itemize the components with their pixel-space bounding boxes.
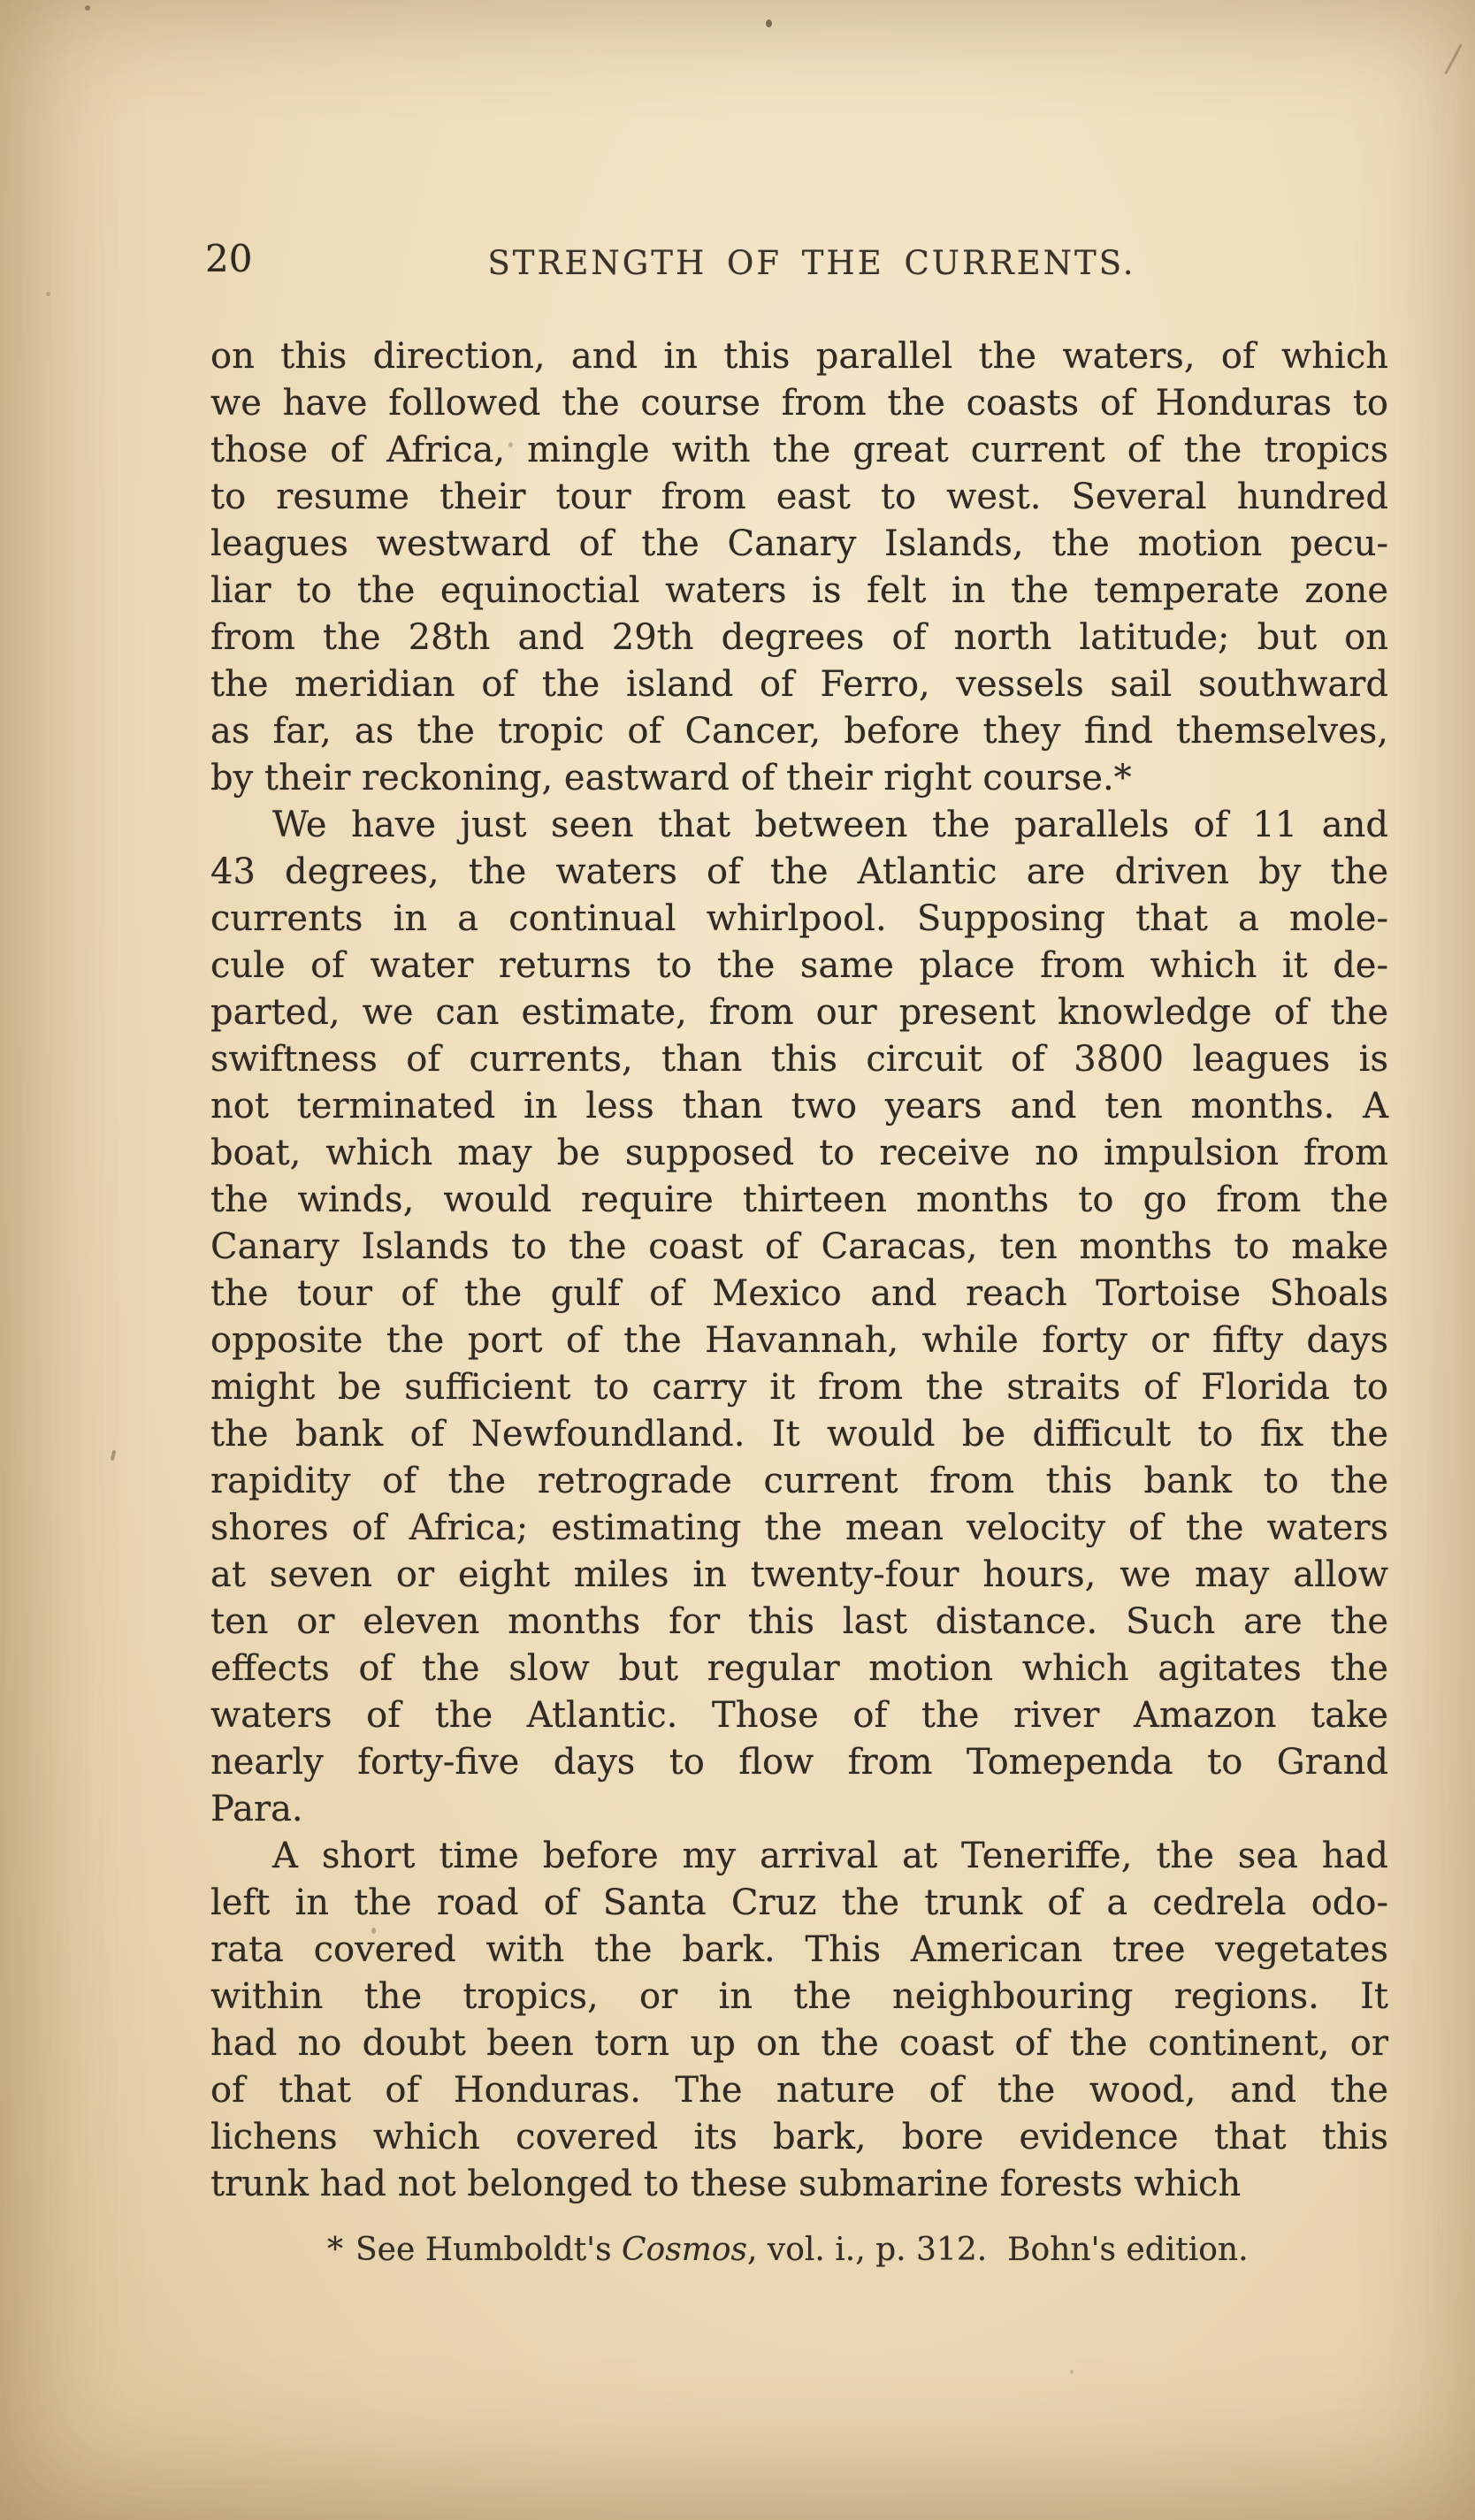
text-line: boat, which may be supposed to receive n… xyxy=(210,1130,1388,1177)
text-line: had no doubt been torn up on the coast o… xyxy=(210,2020,1388,2067)
footnote: *See Humboldt's Cosmos, vol. i., p. 312.… xyxy=(327,2230,1406,2271)
text-line: as far, as the tropic of Cancer, before … xyxy=(210,708,1388,755)
footnote-text-pre: See Humboldt's xyxy=(355,2232,622,2268)
book-page: 20 STRENGTH OF THE CURRENTS. on this dir… xyxy=(0,0,1475,2520)
body-text: on this direction, and in this parallel … xyxy=(210,333,1388,2208)
text-line: of that of Honduras. The nature of the w… xyxy=(210,2067,1388,2114)
text-line: waters of the Atlantic. Those of the riv… xyxy=(210,1692,1388,1739)
paper-speck xyxy=(766,19,772,27)
text-line: A short time before my arrival at Teneri… xyxy=(210,1833,1388,1880)
text-line: not terminated in less than two years an… xyxy=(210,1083,1388,1130)
text-line: might be sufficient to carry it from the… xyxy=(210,1364,1388,1411)
text-line: the winds, would require thirteen months… xyxy=(210,1177,1388,1224)
text-line: shores of Africa; estimating the mean ve… xyxy=(210,1505,1388,1552)
text-line: swiftness of currents, than this circuit… xyxy=(210,1036,1388,1083)
paper-speck xyxy=(85,5,90,11)
text-line: on this direction, and in this parallel … xyxy=(210,333,1388,380)
text-line: the tour of the gulf of Mexico and reach… xyxy=(210,1271,1388,1317)
paper-speck xyxy=(1070,2370,1074,2374)
text-line: nearly forty-five days to flow from Tome… xyxy=(210,1739,1388,1786)
text-line: cule of water returns to the same place … xyxy=(210,943,1388,989)
text-line: to resume their tour from east to west. … xyxy=(210,474,1388,521)
text-line: within the tropics, or in the neighbouri… xyxy=(210,1974,1388,2020)
paper-speck xyxy=(46,292,50,296)
footnote-text-post: , vol. i., p. 312. Bohn's edition. xyxy=(747,2232,1249,2268)
text-line: trunk had not belonged to these submarin… xyxy=(210,2161,1388,2208)
text-line: lichens which covered its bark, bore evi… xyxy=(210,2114,1388,2161)
running-title: STRENGTH OF THE CURRENTS. xyxy=(210,241,1413,286)
text-line: at seven or eight miles in twenty-four h… xyxy=(210,1552,1388,1599)
text-line: opposite the port of the Havannah, while… xyxy=(210,1317,1388,1364)
footnote-italic-title: Cosmos xyxy=(622,2232,747,2268)
text-line: the meridian of the island of Ferro, ves… xyxy=(210,661,1388,708)
text-line: left in the road of Santa Cruz the trunk… xyxy=(210,1880,1388,1927)
text-line: Canary Islands to the coast of Caracas, … xyxy=(210,1224,1388,1271)
paper-speck xyxy=(111,1450,116,1462)
text-line: ten or eleven months for this last dista… xyxy=(210,1599,1388,1646)
text-line: we have followed the course from the coa… xyxy=(210,380,1388,427)
paper-speck xyxy=(1444,44,1462,75)
text-line: rata covered with the bark. This America… xyxy=(210,1927,1388,1974)
text-line: leagues westward of the Canary Islands, … xyxy=(210,521,1388,568)
text-line: parted, we can estimate, from our presen… xyxy=(210,989,1388,1036)
text-line: liar to the equinoctial waters is felt i… xyxy=(210,568,1388,615)
text-line: the bank of Newfoundland. It would be di… xyxy=(210,1411,1388,1458)
text-line: from the 28th and 29th degrees of north … xyxy=(210,615,1388,661)
text-line: those of Africa, mingle with the great c… xyxy=(210,427,1388,474)
text-line: effects of the slow but regular motion w… xyxy=(210,1646,1388,1692)
footnote-marker: * xyxy=(327,2232,343,2268)
text-line: rapidity of the retrograde current from … xyxy=(210,1458,1388,1505)
text-line: We have just seen that between the paral… xyxy=(210,802,1388,849)
text-line: 43 degrees, the waters of the Atlantic a… xyxy=(210,849,1388,896)
text-line: by their reckoning, eastward of their ri… xyxy=(210,755,1388,802)
text-line: Para. xyxy=(210,1786,1388,1833)
text-line: currents in a continual whirlpool. Suppo… xyxy=(210,896,1388,943)
